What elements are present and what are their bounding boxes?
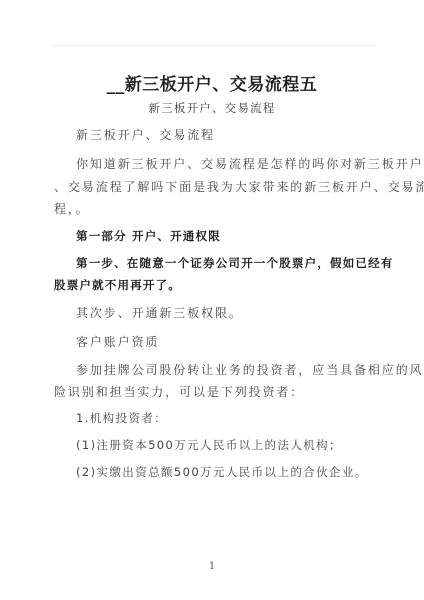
step-one-line-1: 第一步、在随意一个证券公司开一个股票户，假如已经有 xyxy=(76,255,394,271)
document-title: __新三板开户、交易流程五 xyxy=(0,70,424,95)
list-item-legal-entity: (1)注册资本500万元人民币以上的法人机构； xyxy=(76,437,342,453)
section-heading-part-one: 第一部分 开户、开通权限 xyxy=(76,228,221,244)
header-rule xyxy=(52,45,376,46)
step-one-line-2: 股票户就不用再开了。 xyxy=(54,277,181,293)
investor-requirement-line-2: 险识别和担当实力，可以是下列投资者： xyxy=(54,383,304,400)
paragraph-intro-heading: 新三板开户、交易流程 xyxy=(76,126,215,143)
list-item-partnership: (2)实缴出资总额500万元人民币以上的合伙企业。 xyxy=(76,464,368,480)
paragraph-intro-line-2: 、交易流程了解吗下面是我为大家带来的新三板开户、交易流 xyxy=(54,178,424,195)
paragraph-intro-line-1: 你知道新三板开户、交易流程是怎样的吗你对新三板开户 xyxy=(76,155,424,172)
investor-requirement-line-1: 参加挂牌公司股份转让业务的投资者，应当具备相应的风 xyxy=(76,361,424,378)
paragraph-intro-line-3: 程，。 xyxy=(54,200,90,217)
step-two: 其次步、开通新三板权限。 xyxy=(76,304,243,321)
page-number: 1 xyxy=(0,561,424,572)
document-subtitle: 新三板开户、交易流程 xyxy=(0,100,424,116)
account-qualification-heading: 客户账户资质 xyxy=(76,333,159,350)
list-item-institutional-investors: 1.机构投资者： xyxy=(76,410,167,426)
